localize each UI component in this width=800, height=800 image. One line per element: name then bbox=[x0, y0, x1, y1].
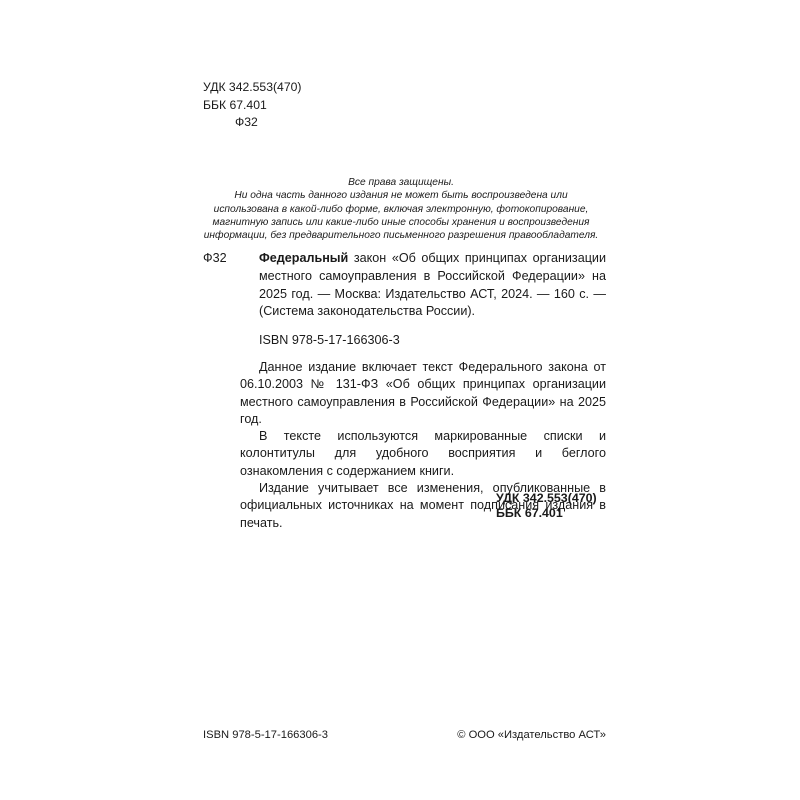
isbn: ISBN 978-5-17-166306-3 bbox=[259, 333, 400, 347]
rights-line: информации, без предварительного письмен… bbox=[196, 229, 606, 242]
classification-codes: УДК 342.553(470) ББК 67.401 Ф32 bbox=[203, 79, 301, 132]
annotation-paragraph: Данное издание включает текст Федерально… bbox=[240, 359, 606, 428]
udk-code: УДК 342.553(470) bbox=[496, 491, 597, 506]
rights-line: Ни одна часть данного издания не может б… bbox=[196, 189, 606, 202]
entry-title-bold: Федеральный bbox=[259, 251, 348, 265]
footer-copyright: © ООО «Издательство АСТ» bbox=[450, 729, 606, 741]
bbk-code: ББК 67.401 bbox=[496, 506, 597, 521]
rights-line: Все права защищены. bbox=[196, 176, 606, 189]
entry-body: Федеральный закон «Об общих принципах ор… bbox=[259, 250, 606, 321]
rights-line: использована в какой-либо форме, включая… bbox=[196, 203, 606, 216]
rights-line: магнитную запись или какие-либо иные спо… bbox=[196, 216, 606, 229]
entry-cipher: Ф32 bbox=[203, 250, 227, 268]
author-sign: Ф32 bbox=[203, 114, 301, 132]
bibliographic-entry: Ф32 Федеральный закон «Об общих принципа… bbox=[203, 250, 606, 321]
udk-code: УДК 342.553(470) bbox=[203, 79, 301, 97]
annotation-paragraph: В тексте используются маркированные спис… bbox=[240, 428, 606, 480]
bbk-code: ББК 67.401 bbox=[203, 97, 301, 115]
rights-notice: Все права защищены. Ни одна часть данног… bbox=[196, 176, 606, 242]
bottom-classification-codes: УДК 342.553(470) ББК 67.401 bbox=[496, 491, 597, 520]
footer-isbn: ISBN 978-5-17-166306-3 bbox=[203, 729, 328, 741]
